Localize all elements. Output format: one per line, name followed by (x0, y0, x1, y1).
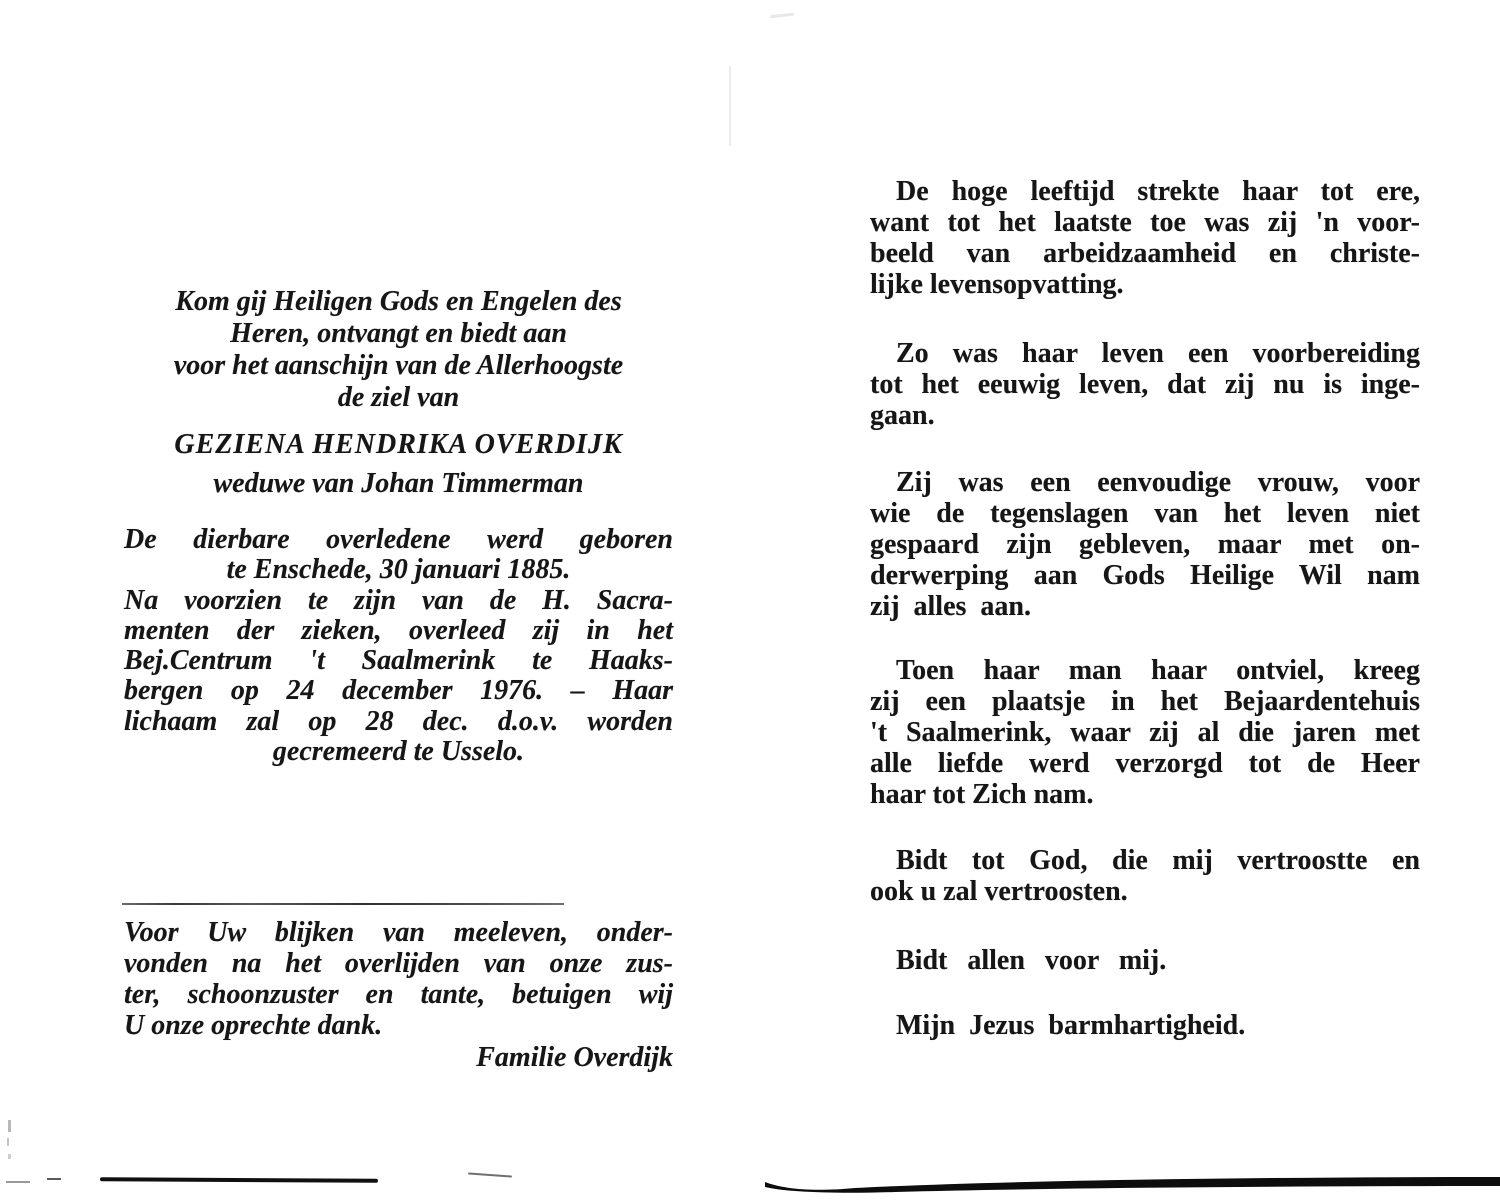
left-edge-mark (7, 1138, 9, 1146)
text-line: gaan. (870, 400, 1420, 431)
text-line: Kom gij Heiligen Gods en Engelen des (124, 286, 673, 318)
acknowledgement-text: Voor Uw blijken van meeleven, onder- von… (124, 917, 673, 1041)
paragraph: Zo was haar leven een voorbereiding tot … (870, 338, 1420, 431)
text-line: menten der zieken, overleed zij in het (124, 616, 673, 646)
text-line: alle liefde werd verzorgd tot de Heer (870, 748, 1420, 779)
paragraph: De hoge leeftijd strekte haar tot ere, w… (870, 176, 1420, 300)
text-line: Voor Uw blijken van meeleven, onder- (124, 917, 673, 948)
text-line: haar tot Zich nam. (870, 779, 1420, 810)
text-line: gespaard zijn gebleven, maar met on- (870, 529, 1420, 560)
text-line: Bej.Centrum 't Saalmerink te Haaks- (124, 646, 673, 676)
text-line: ook u zal vertroosten. (870, 876, 1420, 907)
obituary-text: De dierbare overledene werd geboren te E… (124, 525, 673, 767)
memorial-card-scan: Kom gij Heiligen Gods en Engelen des Her… (0, 0, 1500, 1200)
text-line: derwerping aan Gods Heilige Wil nam (870, 560, 1420, 591)
deceased-name: GEZIENA HENDRIKA OVERDIJK (124, 428, 673, 462)
text-line: te Enschede, 30 januari 1885. (124, 555, 673, 585)
text-line: Bidt allen voor mij. (870, 945, 1420, 976)
paragraph: Mijn Jezus barmhartigheid. (870, 1010, 1420, 1041)
text-line: Zo was haar leven een voorbereiding (870, 338, 1420, 369)
family-signature: Familie Overdijk (124, 1042, 673, 1073)
text-line: voor het aanschijn van de Allerhoogste (124, 350, 673, 382)
text-line: 't Saalmerink, waar zij al die jaren met (870, 717, 1420, 748)
text-line: gecremeerd te Usselo. (124, 737, 673, 767)
text-line: Zij was een eenvoudige vrouw, voor (870, 467, 1420, 498)
text-line: De hoge leeftijd strekte haar tot ere, (870, 176, 1420, 207)
left-page-bottom-edge-mark (6, 1181, 30, 1183)
separator-rule (122, 903, 564, 905)
paragraph: Bidt allen voor mij. (870, 945, 1420, 976)
text-line: zij een plaatsje in het Bejaardentehuis (870, 686, 1420, 717)
paragraph: Toen haar man haar ontviel, kreeg zij ee… (870, 655, 1420, 810)
text-line: Toen haar man haar ontviel, kreeg (870, 655, 1420, 686)
scan-speck (770, 13, 794, 18)
text-line: zij alles aan. (870, 591, 1420, 622)
left-page-bottom-edge-shadow (100, 1177, 378, 1182)
center-fold-mark (729, 66, 731, 146)
text-line: lichaam zal op 28 dec. d.o.v. worden (124, 707, 673, 737)
text-line: vonden na het overlijden van onze zus- (124, 948, 673, 979)
invocation-verse: Kom gij Heiligen Gods en Engelen des Her… (124, 286, 673, 414)
paragraph: Bidt tot God, die mij vertroostte en ook… (870, 845, 1420, 907)
text-line: Na voorzien te zijn van de H. Sacra- (124, 586, 673, 616)
text-line: Heren, ontvangt en biedt aan (124, 318, 673, 350)
text-line: lijke levensopvatting. (870, 269, 1420, 300)
text-line: wie de tegenslagen van het leven niet (870, 498, 1420, 529)
text-line: bergen op 24 december 1976. – Haar (124, 676, 673, 706)
text-line: U onze oprechte dank. (124, 1010, 673, 1041)
text-line: de ziel van (124, 382, 673, 414)
text-line: tot het eeuwig leven, dat zij nu is inge… (870, 369, 1420, 400)
left-page-bottom-edge-mark (47, 1178, 61, 1180)
deceased-relation: weduwe van Johan Timmerman (124, 468, 673, 500)
paragraph: Zij was een eenvoudige vrouw, voor wie d… (870, 467, 1420, 622)
right-page-bottom-edge-shadow (755, 1164, 1500, 1200)
left-page-bottom-edge-mark (468, 1172, 512, 1177)
text-line: ter, schoonzuster en tante, betuigen wij (124, 979, 673, 1010)
text-line: Bidt tot God, die mij vertroostte en (870, 845, 1420, 876)
text-line: De dierbare overledene werd geboren (124, 525, 673, 555)
text-line: Mijn Jezus barmhartigheid. (870, 1010, 1420, 1041)
text-line: beeld van arbeidzaamheid en christe- (870, 238, 1420, 269)
left-edge-mark (8, 1154, 11, 1159)
left-edge-mark (8, 1120, 11, 1132)
text-line: want tot het laatste toe was zij 'n voor… (870, 207, 1420, 238)
